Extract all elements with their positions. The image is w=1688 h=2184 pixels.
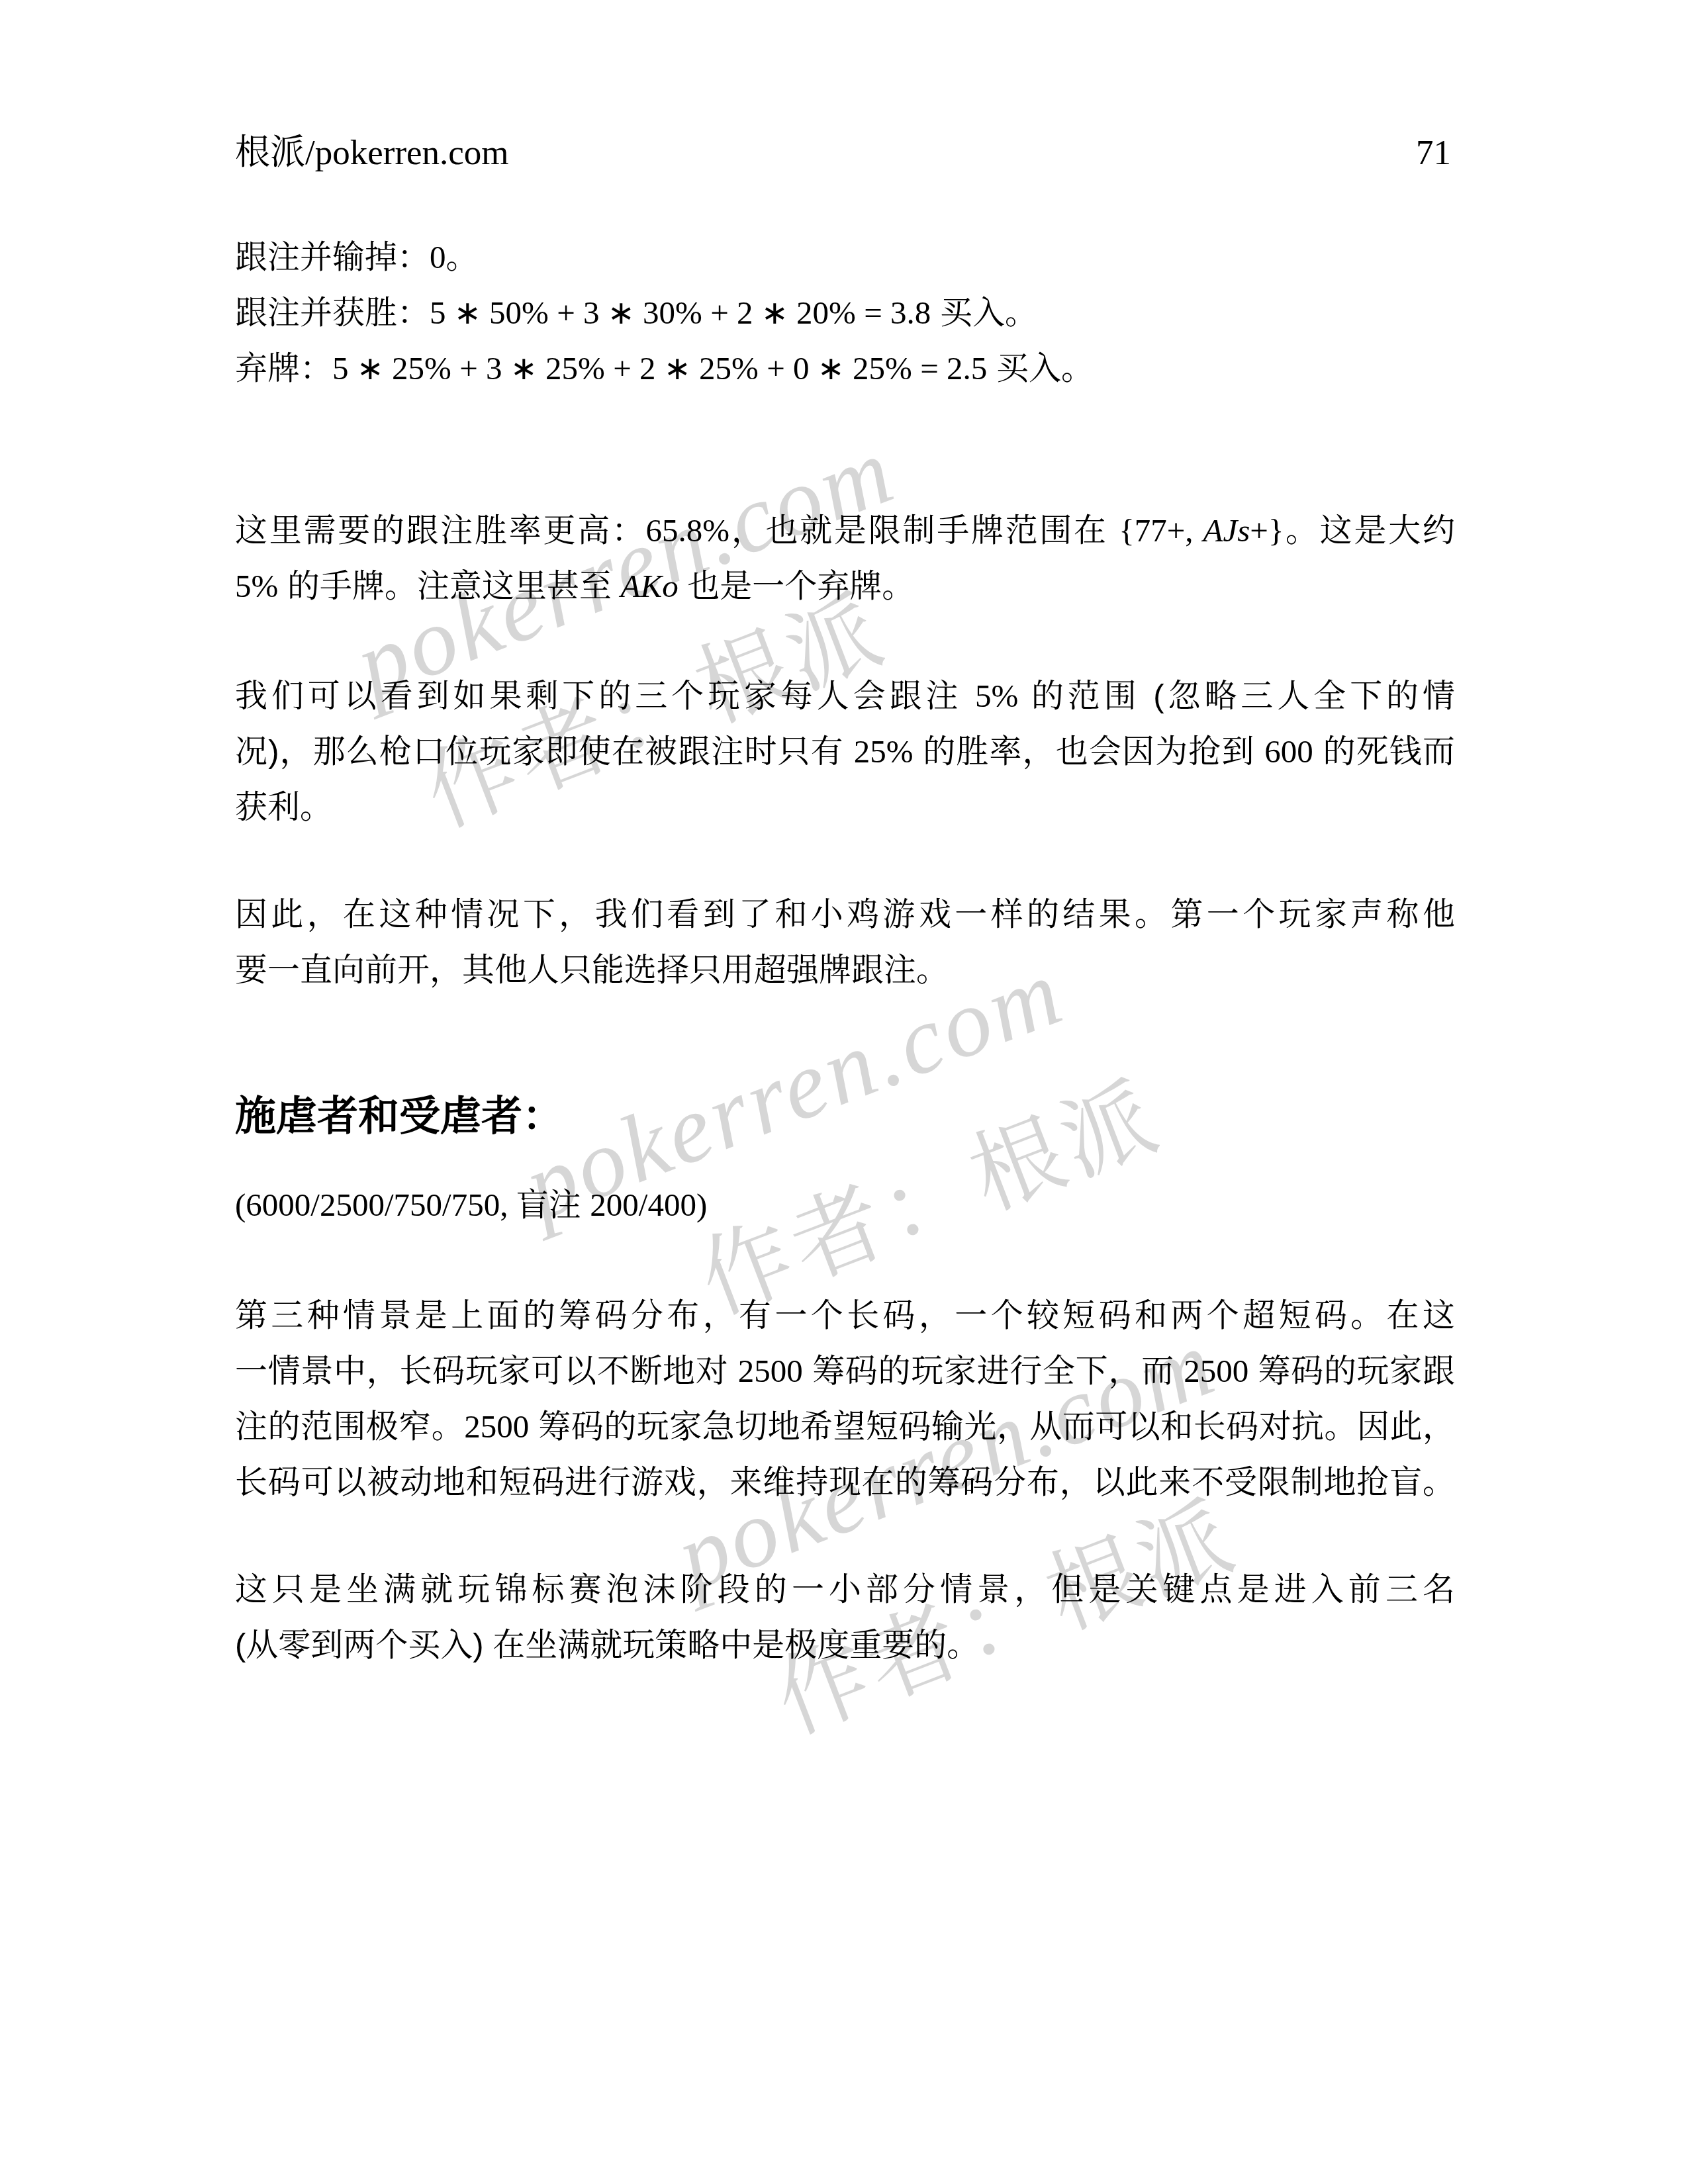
text-run: 筹码的玩家跟 bbox=[1248, 1353, 1455, 1389]
text-line: 施虐者和受虐者： bbox=[235, 1092, 1455, 1142]
text-line: 注的范围极窄。2500 筹码的玩家急切地希望短码输光，从而可以和长码对抗。因此， bbox=[235, 1399, 1455, 1455]
text-run: 买入。 bbox=[931, 295, 1037, 331]
text-run: (6000/2500/750/750, bbox=[235, 1187, 516, 1223]
text-run: AJs bbox=[1203, 512, 1250, 549]
text-line: 因此，在这种情况下，我们看到了和小鸡游戏一样的结果。第一个玩家声称他 bbox=[235, 887, 1455, 942]
stack-setup-line: (6000/2500/750/750, 盲注 200/400) bbox=[235, 1177, 1455, 1233]
text-run: 盲注 bbox=[516, 1187, 590, 1223]
text-run: 注的范围极窄。 bbox=[235, 1409, 464, 1445]
text-run: 600 bbox=[1264, 733, 1313, 770]
text-run: 的范围 (忽略三人全下的情 bbox=[1018, 678, 1455, 714]
text-run: 的死钱而 bbox=[1313, 734, 1455, 770]
text-run: {77+, bbox=[1119, 512, 1203, 549]
text-line: (6000/2500/750/750, 盲注 200/400) bbox=[235, 1177, 1455, 1233]
text-run: 我们可以看到如果剩下的三个玩家每人会跟注 bbox=[235, 678, 975, 714]
text-run: 施虐者和受虐者： bbox=[235, 1094, 563, 1140]
text-run: 25% bbox=[854, 733, 914, 770]
text-run: 5% bbox=[975, 678, 1018, 714]
para-chicken-game: 因此，在这种情况下，我们看到了和小鸡游戏一样的结果。第一个玩家声称他要一直向前开… bbox=[235, 887, 1455, 998]
text-run: 因此，在这种情况下，我们看到了和小鸡游戏一样的结果。第一个玩家声称他 bbox=[235, 897, 1455, 933]
text-line: 5% 的手牌。注意这里甚至 AKo 也是一个弃牌。 bbox=[235, 559, 1455, 614]
document-page: pokerren.com 作者：根派 pokerren.com 作者：根派 po… bbox=[0, 0, 1688, 2184]
text-run: 也是一个弃牌。 bbox=[679, 569, 915, 604]
text-run: 2500 bbox=[738, 1353, 803, 1389]
para-call-equity: 这里需要的跟注胜率更高：65.8%，也就是限制手牌范围在 {77+, AJs+}… bbox=[235, 503, 1455, 614]
para-three-callers: 我们可以看到如果剩下的三个玩家每人会跟注 5% 的范围 (忽略三人全下的情况)，… bbox=[235, 668, 1455, 835]
text-run: 的胜率，也会因为抢到 bbox=[913, 734, 1264, 770]
text-run: 跟注并获胜： bbox=[235, 295, 430, 331]
text-run: 。 bbox=[446, 240, 479, 275]
text-run: 这里需要的跟注胜率更高： bbox=[235, 513, 646, 549]
text-run: 况)，那么枪口位玩家即使在被跟注时只有 bbox=[235, 734, 854, 770]
text-line: 获利。 bbox=[235, 780, 1455, 835]
text-run: 65.8% bbox=[646, 512, 730, 549]
text-line: 这只是坐满就玩锦标赛泡沫阶段的一小部分情景，但是关键点是进入前三名 bbox=[235, 1562, 1455, 1617]
para-third-scenario: 第三种情景是上面的筹码分布，有一个长码，一个较短码和两个超短码。在这一情景中，长… bbox=[235, 1288, 1455, 1510]
text-run: 一情景中，长码玩家可以不断地对 bbox=[235, 1353, 738, 1389]
text-line: 这里需要的跟注胜率更高：65.8%，也就是限制手牌范围在 {77+, AJs+}… bbox=[235, 503, 1455, 559]
text-line: 况)，那么枪口位玩家即使在被跟注时只有 25% 的胜率，也会因为抢到 600 的… bbox=[235, 724, 1455, 780]
text-run: 2500 bbox=[464, 1408, 529, 1445]
text-line: 长码可以被动地和短码进行游戏，来维持现在的筹码分布，以此来不受限制地抢盲。 bbox=[235, 1455, 1455, 1510]
text-line: 一情景中，长码玩家可以不断地对 2500 筹码的玩家进行全下，而 2500 筹码… bbox=[235, 1343, 1455, 1399]
text-run: 买入。 bbox=[987, 351, 1094, 387]
text-run: 。这是大约 bbox=[1284, 513, 1455, 549]
text-run: 弃牌： bbox=[235, 351, 332, 387]
text-run: AKo bbox=[621, 568, 679, 604]
text-run: 筹码的玩家进行全下，而 bbox=[803, 1353, 1184, 1389]
page-content: 跟注并输掉：0。跟注并获胜：5 ∗ 50% + 3 ∗ 30% + 2 ∗ 20… bbox=[0, 0, 1688, 2184]
text-run: 第三种情景是上面的筹码分布，有一个长码，一个较短码和两个超短码。在这 bbox=[235, 1298, 1455, 1334]
text-line: 第三种情景是上面的筹码分布，有一个长码，一个较短码和两个超短码。在这 bbox=[235, 1288, 1455, 1343]
text-run: 5 ∗ 50% + 3 ∗ 30% + 2 ∗ 20% = 3.8 bbox=[430, 295, 931, 331]
text-run: 0 bbox=[430, 239, 446, 275]
formula-lines: 跟注并输掉：0。跟注并获胜：5 ∗ 50% + 3 ∗ 30% + 2 ∗ 20… bbox=[235, 230, 1455, 396]
text-line: (从零到两个买入) 在坐满就玩策略中是极度重要的。 bbox=[235, 1617, 1455, 1673]
para-bubble-conclusion: 这只是坐满就玩锦标赛泡沫阶段的一小部分情景，但是关键点是进入前三名(从零到两个买… bbox=[235, 1562, 1455, 1673]
text-run: 长码可以被动地和短码进行游戏，来维持现在的筹码分布，以此来不受限制地抢盲。 bbox=[235, 1465, 1455, 1500]
text-line: 跟注并获胜：5 ∗ 50% + 3 ∗ 30% + 2 ∗ 20% = 3.8 … bbox=[235, 285, 1455, 341]
text-run: 5% bbox=[235, 568, 278, 604]
text-run: ，也就是限制手牌范围在 bbox=[729, 513, 1119, 549]
text-run: (从零到两个买入) 在坐满就玩策略中是极度重要的。 bbox=[235, 1627, 979, 1663]
text-run: 2500 bbox=[1184, 1353, 1248, 1389]
section-heading: 施虐者和受虐者： bbox=[235, 1092, 1455, 1142]
text-run: 这只是坐满就玩锦标赛泡沫阶段的一小部分情景，但是关键点是进入前三名 bbox=[235, 1572, 1455, 1608]
text-line: 我们可以看到如果剩下的三个玩家每人会跟注 5% 的范围 (忽略三人全下的情 bbox=[235, 668, 1455, 724]
text-line: 跟注并输掉：0。 bbox=[235, 230, 1455, 285]
text-run: 筹码的玩家急切地希望短码输光，从而可以和长码对抗。因此， bbox=[529, 1409, 1455, 1445]
text-line: 弃牌：5 ∗ 25% + 3 ∗ 25% + 2 ∗ 25% + 0 ∗ 25%… bbox=[235, 341, 1455, 396]
text-line: 要一直向前开，其他人只能选择只用超强牌跟注。 bbox=[235, 942, 1455, 998]
text-run: 获利。 bbox=[235, 790, 332, 825]
text-run: 要一直向前开，其他人只能选择只用超强牌跟注。 bbox=[235, 952, 949, 988]
text-run: 跟注并输掉： bbox=[235, 240, 430, 275]
text-run: 200/400) bbox=[590, 1187, 707, 1223]
text-run: 5 ∗ 25% + 3 ∗ 25% + 2 ∗ 25% + 0 ∗ 25% = … bbox=[332, 350, 987, 387]
text-run: 的手牌。注意这里甚至 bbox=[278, 569, 620, 604]
text-run: +} bbox=[1250, 512, 1284, 549]
